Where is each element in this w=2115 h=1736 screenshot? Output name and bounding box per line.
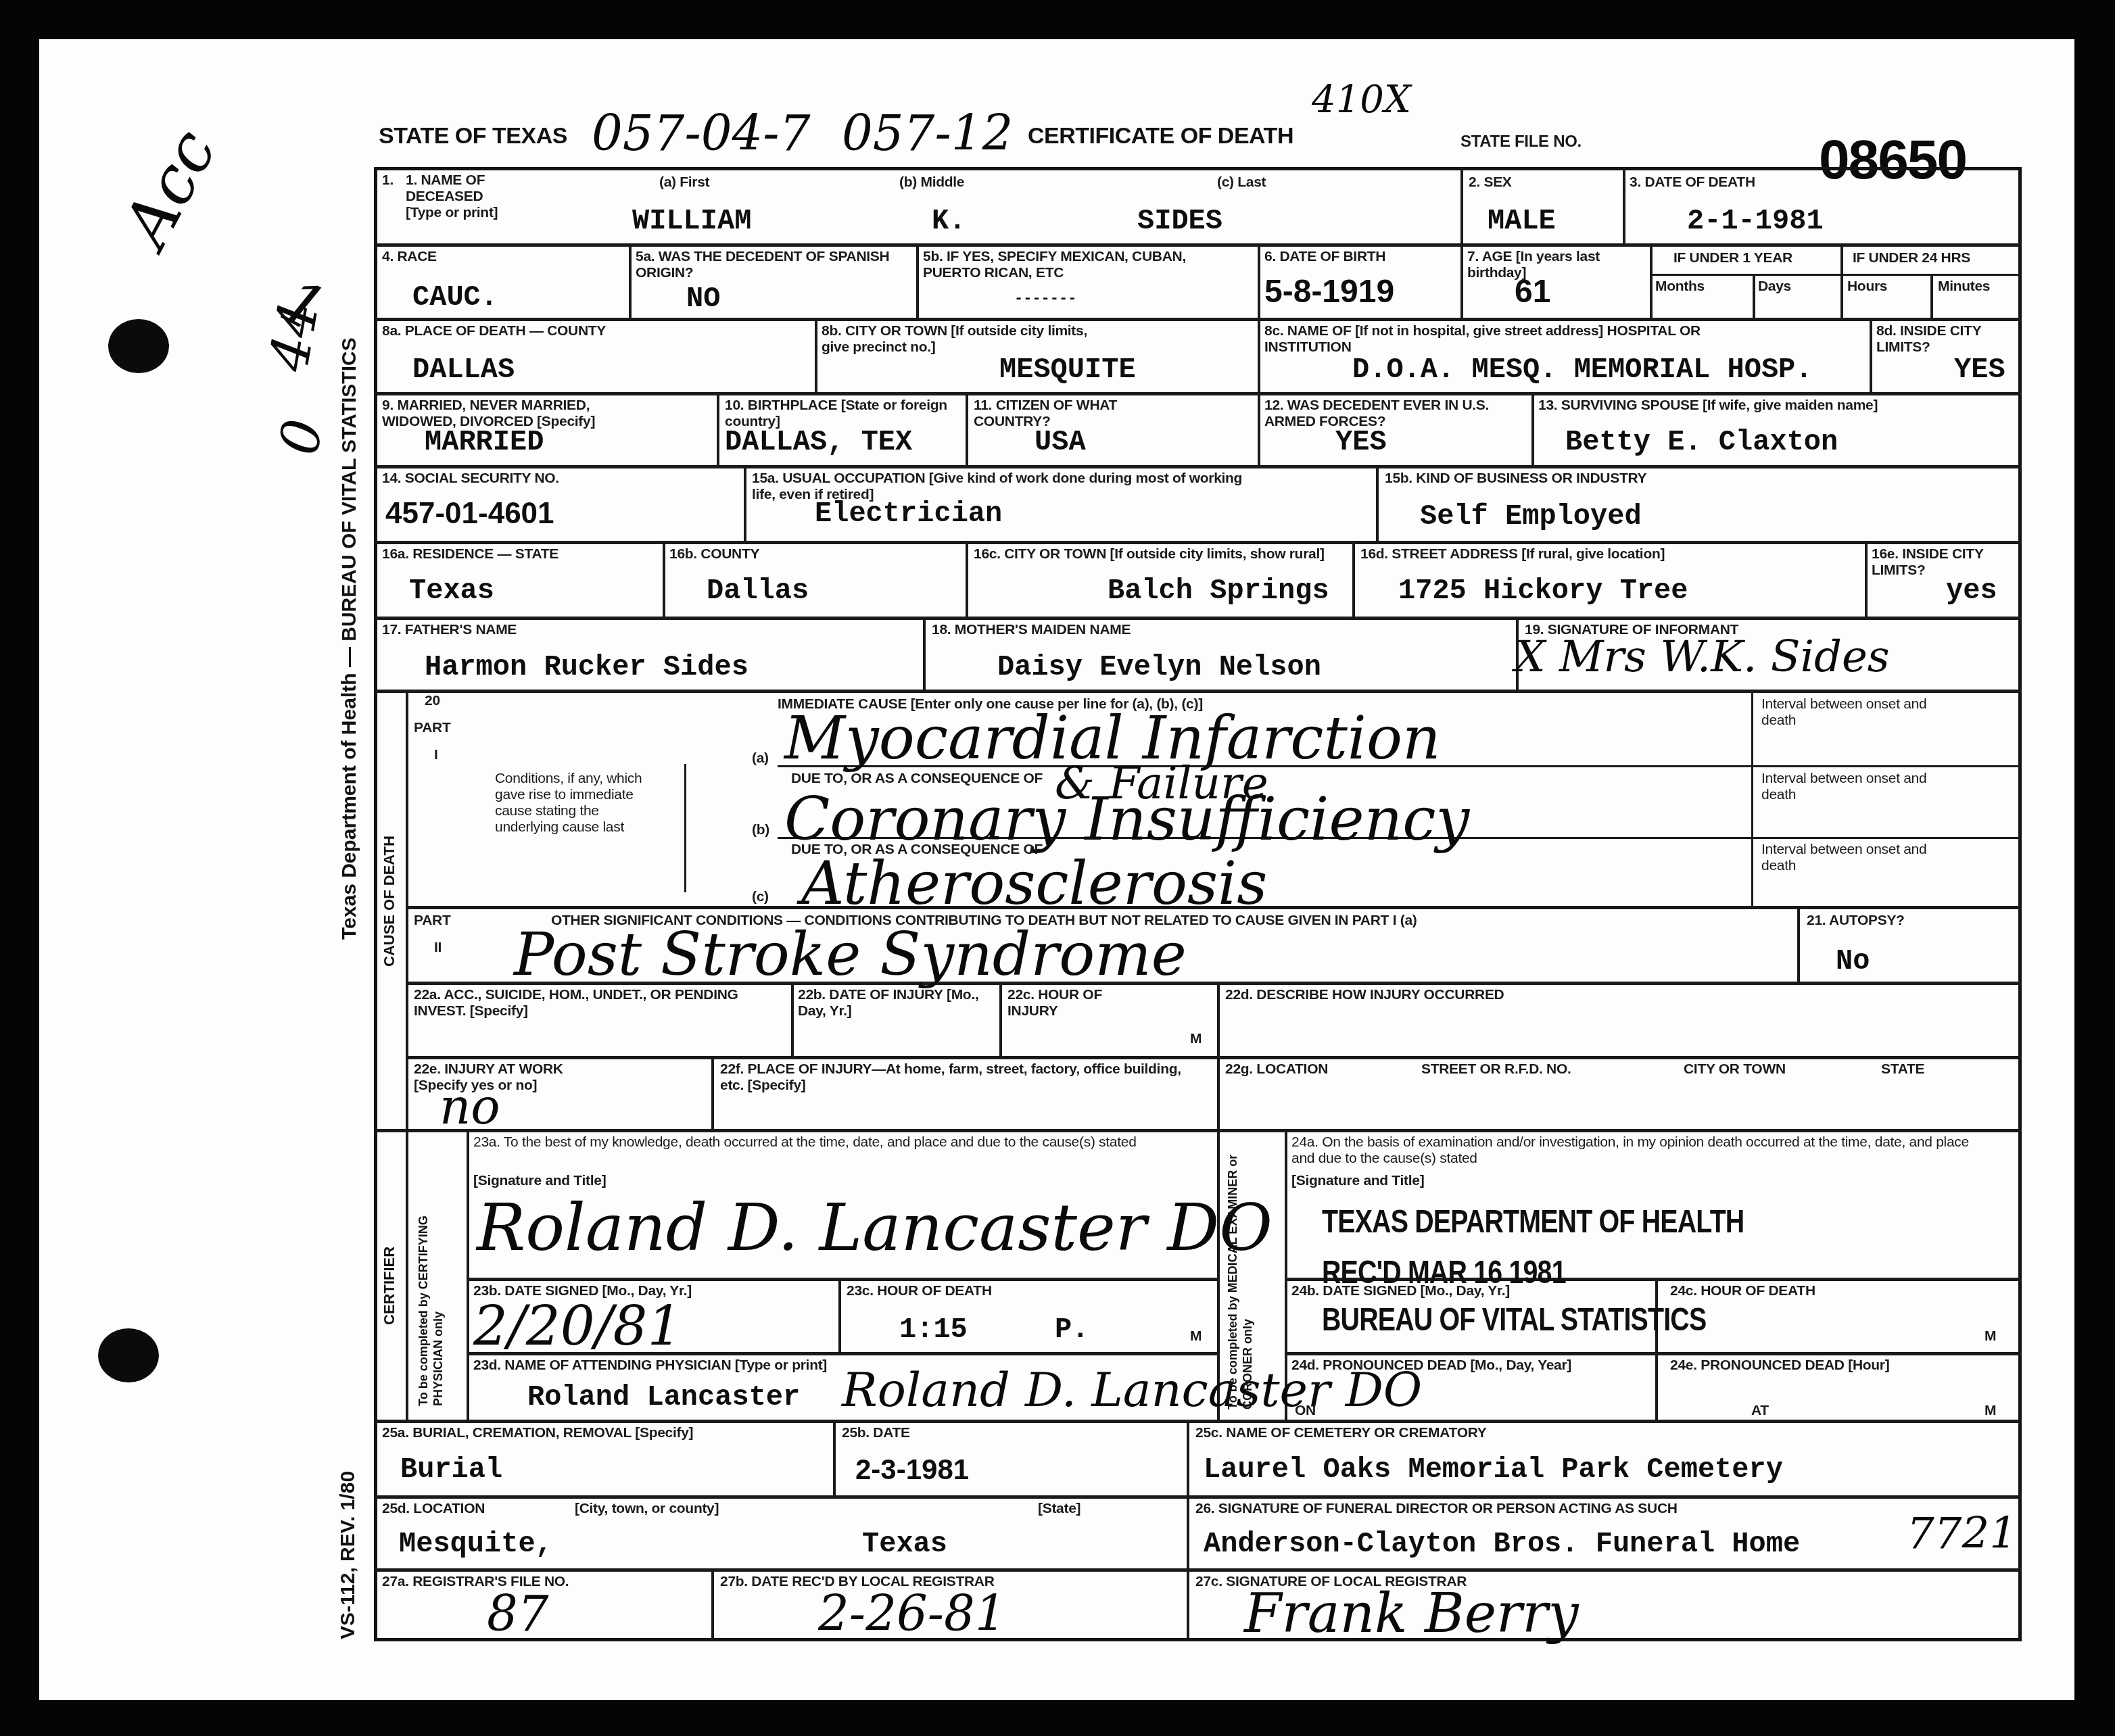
value-last-name[interactable]: SIDES xyxy=(1137,206,1222,236)
value-residence-state[interactable]: Texas xyxy=(409,576,494,606)
rule xyxy=(467,1129,469,1420)
value-date-signed[interactable]: 2/20/81 xyxy=(473,1295,682,1357)
label-me-only: To be completed by MEDICAL EXAMINER or C… xyxy=(1225,1139,1255,1409)
label-middle: (b) Middle xyxy=(899,174,964,191)
header-handwritten-code-2: 057-12 xyxy=(842,105,1013,162)
value-armed-forces[interactable]: YES xyxy=(1335,427,1387,457)
label-8b-city: 8b. CITY OR TOWN [If outside city limits… xyxy=(822,323,1106,356)
label-interval-b: Interval between onset and death xyxy=(1761,771,1964,803)
rule xyxy=(374,1129,2022,1132)
header-handwritten-410x: 410X xyxy=(1312,78,1411,122)
value-physician-signature[interactable]: Roland D. Lancaster DO xyxy=(477,1190,1273,1265)
value-date-of-birth[interactable]: 5-8-1919 xyxy=(1264,277,1394,307)
label-part-1-numeral: I xyxy=(434,747,438,763)
label-8c-hospital: 8c. NAME OF [If not in hospital, give st… xyxy=(1264,323,1738,356)
label-25b-date: 25b. DATE xyxy=(842,1425,910,1441)
label-physician-only: To be completed by CERTIFYING PHYSICIAN … xyxy=(416,1149,446,1406)
label-23a-certification: 23a. To the best of my knowledge, death … xyxy=(473,1134,1210,1151)
rule xyxy=(1531,392,1534,465)
rule xyxy=(374,1568,2022,1572)
label-24e-suffix: M xyxy=(1985,1403,1996,1419)
rule xyxy=(791,982,794,1056)
label-1-name-text: 1. NAME OF DECEASED [Type or print] xyxy=(406,172,507,221)
label-certifier: CERTIFIER xyxy=(381,1247,398,1325)
rule xyxy=(1258,318,1260,392)
rule xyxy=(467,1278,1217,1281)
value-other-conditions[interactable]: Post Stroke Syndrome xyxy=(514,919,1187,989)
value-inside-city[interactable]: YES xyxy=(1954,355,2005,385)
label-16c-city: 16c. CITY OR TOWN [If outside city limit… xyxy=(974,546,1352,562)
value-spouse[interactable]: Betty E. Claxton xyxy=(1565,427,1838,457)
rule xyxy=(374,1420,2022,1423)
value-hospital[interactable]: D.O.A. MESQ. MEMORIAL HOSP. xyxy=(1352,355,1813,385)
label-10-birthplace: 10. BIRTHPLACE [State or foreign country… xyxy=(725,397,961,430)
value-citizen[interactable]: USA xyxy=(1035,427,1086,457)
label-23c-hour-of-death: 23c. HOUR OF DEATH xyxy=(847,1283,992,1299)
value-place-city[interactable]: MESQUITE xyxy=(999,355,1136,385)
rule xyxy=(374,465,2022,468)
rule xyxy=(1376,465,1379,541)
label-months: Months xyxy=(1655,279,1705,295)
form-number: VS-112, REV. 1/80 xyxy=(337,1471,360,1639)
label-last: (c) Last xyxy=(1217,174,1266,191)
label-26-funeral-director: 26. SIGNATURE OF FUNERAL DIRECTOR OR PER… xyxy=(1195,1501,1678,1517)
label-12-armed-forces: 12. WAS DECEDENT EVER IN U.S. ARMED FORC… xyxy=(1264,397,1528,430)
rule xyxy=(374,541,2022,544)
value-middle-name[interactable]: K. xyxy=(932,206,966,236)
rule xyxy=(1753,274,1755,318)
punch-hole-top xyxy=(108,319,169,373)
value-residence-city[interactable]: Balch Springs xyxy=(1108,576,1329,606)
label-minutes: Minutes xyxy=(1938,279,1990,295)
value-burial-city[interactable]: Mesquite, xyxy=(399,1529,552,1559)
label-3-date-of-death: 3. DATE OF DEATH xyxy=(1630,174,1755,191)
interval-line-b xyxy=(1751,837,2022,839)
rule xyxy=(1650,243,1653,318)
label-interval-a: Interval between onset and death xyxy=(1761,696,1964,729)
value-mother[interactable]: Daisy Evelyn Nelson xyxy=(997,652,1321,682)
header-handwritten-code-1: 057-04-7 xyxy=(592,105,811,162)
rule xyxy=(717,392,719,465)
value-attending-name[interactable]: Roland Lancaster xyxy=(527,1382,800,1412)
value-informant-signature[interactable]: X Mrs W.K. Sides xyxy=(1515,632,1890,682)
label-cause-of-death: CAUSE OF DEATH xyxy=(381,836,398,967)
label-4-race: 4. RACE xyxy=(382,249,437,265)
rule xyxy=(374,318,2022,321)
rule xyxy=(999,982,1002,1056)
rule xyxy=(838,1278,841,1352)
value-registrar-signature[interactable]: Frank Berry xyxy=(1244,1582,1579,1645)
rule xyxy=(744,465,746,541)
value-birthplace[interactable]: DALLAS, TEX xyxy=(725,427,912,457)
label-15b-business: 15b. KIND OF BUSINESS OR INDUSTRY xyxy=(1385,471,1646,487)
label-days: Days xyxy=(1758,279,1791,295)
rule xyxy=(1285,1352,2022,1355)
label-9-marital: 9. MARRIED, NEVER MARRIED, WIDOWED, DIVO… xyxy=(382,397,652,430)
label-14-ssn: 14. SOCIAL SECURITY NO. xyxy=(382,471,559,487)
value-residence-inside-city[interactable]: yes xyxy=(1946,576,1997,606)
rule xyxy=(663,541,665,617)
bracket-line xyxy=(684,764,686,892)
interval-line-a xyxy=(1751,765,2022,767)
label-22c-suffix: M xyxy=(1190,1031,1202,1047)
value-burial-state[interactable]: Texas xyxy=(862,1529,947,1559)
label-25c-cemetery: 25c. NAME OF CEMETERY OR CREMATORY xyxy=(1195,1425,1486,1441)
label-part-1: PART xyxy=(414,720,450,736)
rule xyxy=(1870,318,1872,392)
label-18-mother: 18. MOTHER'S MAIDEN NAME xyxy=(932,622,1131,638)
stamp-texas-dept-health: TEXAS DEPARTMENT OF HEALTH xyxy=(1322,1203,1744,1240)
rule xyxy=(1930,274,1933,318)
label-23c-suffix: M xyxy=(1190,1328,1202,1345)
value-marital[interactable]: MARRIED xyxy=(425,427,544,457)
value-cause-c[interactable]: Atherosclerosis xyxy=(801,848,1267,918)
label-16b-county: 16b. COUNTY xyxy=(669,546,759,562)
value-first-name[interactable]: WILLIAM xyxy=(632,206,751,236)
label-24c-suffix: M xyxy=(1985,1328,1996,1345)
label-13-spouse: 13. SURVIVING SPOUSE [If wife, give maid… xyxy=(1538,397,1878,414)
label-17-father: 17. FATHER'S NAME xyxy=(382,622,517,638)
rule xyxy=(923,617,926,690)
label-22c-hour-injury: 22c. HOUR OF INJURY xyxy=(1007,987,1129,1019)
label-6-date-of-birth: 6. DATE OF BIRTH xyxy=(1264,249,1385,265)
rule xyxy=(1840,243,1843,318)
label-7-age: 7. AGE [In years last birthday] xyxy=(1467,249,1643,281)
label-part-2-numeral: II xyxy=(434,940,442,956)
label-2-sex: 2. SEX xyxy=(1469,174,1512,191)
value-disposition-date[interactable]: 2-3-1981 xyxy=(855,1455,969,1485)
margin-handwriting-44: 44 xyxy=(257,297,331,376)
stamp-bureau-vital-stats: BUREAU OF VITAL STATISTICS xyxy=(1322,1301,1706,1339)
label-part-2: PART xyxy=(414,913,450,929)
rule xyxy=(374,617,2022,620)
label-24a-signature: [Signature and Title] xyxy=(1291,1173,1424,1189)
value-disposition[interactable]: Burial xyxy=(400,1455,502,1485)
value-date-received[interactable]: 2-26-81 xyxy=(818,1585,1006,1642)
state-label: STATE OF TEXAS xyxy=(379,123,567,149)
marker-a: (a) xyxy=(752,750,769,767)
label-20: 20 xyxy=(425,693,440,709)
rule xyxy=(1187,1420,1189,1641)
label-23d-attending: 23d. NAME OF ATTENDING PHYSICIAN [Type o… xyxy=(473,1357,827,1374)
label-interval-c: Interval between onset and death xyxy=(1761,842,1964,874)
rule xyxy=(711,1568,714,1641)
certificate-title: CERTIFICATE OF DEATH xyxy=(1028,123,1293,149)
rule xyxy=(374,690,2022,693)
label-24d-on: ON xyxy=(1295,1403,1316,1419)
label-8a-county: 8a. PLACE OF DEATH — COUNTY xyxy=(382,323,606,339)
label-22a-manner: 22a. ACC., SUICIDE, HOM., UNDET., OR PEN… xyxy=(414,987,779,1019)
rule xyxy=(406,1056,2022,1059)
label-16a-residence-state: 16a. RESIDENCE — STATE xyxy=(382,546,559,562)
label-22g-street: STREET OR R.F.D. NO. xyxy=(1421,1061,1571,1078)
value-cemetery[interactable]: Laurel Oaks Memorial Park Cemetery xyxy=(1204,1455,1783,1485)
rule xyxy=(629,243,632,318)
value-residence-county[interactable]: Dallas xyxy=(707,576,809,606)
value-registrar-file-no[interactable]: 87 xyxy=(487,1585,549,1642)
rule xyxy=(374,243,2022,247)
label-22g-location: 22g. LOCATION xyxy=(1225,1061,1328,1078)
value-place-county[interactable]: DALLAS xyxy=(412,355,515,385)
label-first: (a) First xyxy=(659,174,709,191)
label-24b-date-signed: 24b. DATE SIGNED [Mo., Day, Yr.] xyxy=(1291,1283,1510,1299)
label-24e-at: AT xyxy=(1751,1403,1769,1419)
state-file-label: STATE FILE NO. xyxy=(1460,134,1582,150)
rule xyxy=(833,1420,836,1495)
rule xyxy=(1865,541,1868,617)
label-11-citizen: 11. CITIZEN OF WHAT COUNTRY? xyxy=(974,397,1197,430)
value-father[interactable]: Harmon Rucker Sides xyxy=(425,652,748,682)
label-22g-state: STATE xyxy=(1881,1061,1924,1078)
value-hour-of-death[interactable]: 1:15 xyxy=(899,1315,968,1345)
rule xyxy=(966,392,968,465)
rule xyxy=(1258,392,1260,465)
label-22b-date-injury: 22b. DATE OF INJURY [Mo., Day, Yr.] xyxy=(798,987,994,1019)
label-25d-state: [State] xyxy=(1038,1501,1080,1517)
label-1-name: 1. xyxy=(382,172,394,189)
value-spanish-origin[interactable]: NO xyxy=(686,284,720,314)
label-24c-hour-of-death: 24c. HOUR OF DEATH xyxy=(1670,1283,1815,1299)
label-5a-spanish-origin: 5a. WAS THE DECEDENT OF SPANISH ORIGIN? xyxy=(636,249,906,281)
label-25a-disposition: 25a. BURIAL, CREMATION, REMOVAL [Specify… xyxy=(382,1425,693,1441)
value-injury-at-work[interactable]: no xyxy=(439,1078,500,1135)
rule xyxy=(406,690,408,1420)
value-ssn[interactable]: 457-01-4601 xyxy=(385,499,554,529)
label-24a-certification: 24a. On the basis of examination and/or … xyxy=(1291,1134,1995,1167)
margin-agency-text: Texas Department of Health — BUREAU OF V… xyxy=(338,337,361,940)
rule xyxy=(1352,541,1355,617)
rule xyxy=(1258,243,1260,318)
rule xyxy=(916,243,919,318)
rule xyxy=(1460,167,1463,318)
rule xyxy=(1217,982,1220,1129)
value-date-of-death[interactable]: 2-1-1981 xyxy=(1687,206,1824,236)
value-occupation[interactable]: Electrician xyxy=(815,499,1002,529)
label-25d-location: 25d. LOCATION xyxy=(382,1501,485,1517)
value-race[interactable]: CAUC. xyxy=(412,283,498,312)
value-funeral-director-number[interactable]: 7721 xyxy=(1907,1509,2017,1559)
value-sex[interactable]: MALE xyxy=(1488,206,1556,236)
value-hour-ampm[interactable]: P. xyxy=(1055,1315,1089,1345)
label-24d-pronounced-dead: 24d. PRONOUNCED DEAD [Mo., Day, Year] xyxy=(1291,1357,1575,1374)
value-residence-street[interactable]: 1725 Hickory Tree xyxy=(1398,576,1688,606)
rule xyxy=(966,541,968,617)
label-under-24-hrs: IF UNDER 24 HRS xyxy=(1853,250,1970,266)
label-22d-describe: 22d. DESCRIBE HOW INJURY OCCURRED xyxy=(1225,987,1504,1003)
label-16e-inside-city: 16e. INSIDE CITY LIMITS? xyxy=(1872,546,2020,579)
rule xyxy=(1655,1278,1658,1420)
label-22g-city: CITY OR TOWN xyxy=(1684,1061,1786,1078)
value-specify-origin[interactable]: ------- xyxy=(1014,284,1076,314)
value-business[interactable]: Self Employed xyxy=(1420,502,1642,531)
label-25d-city: [City, town, or county] xyxy=(575,1501,719,1517)
label-23a-signature: [Signature and Title] xyxy=(473,1173,606,1189)
label-21-autopsy: 21. AUTOPSY? xyxy=(1807,913,1905,929)
label-conditions-note: Conditions, if any, which gave rise to i… xyxy=(495,771,664,836)
value-age[interactable]: 61 xyxy=(1515,277,1550,307)
label-5b-specify-origin: 5b. IF YES, SPECIFY MEXICAN, CUBAN, PUER… xyxy=(923,249,1220,281)
marker-c: (c) xyxy=(752,889,769,905)
label-under-1-year: IF UNDER 1 YEAR xyxy=(1673,250,1792,266)
label-16d-street: 16d. STREET ADDRESS [If rural, give loca… xyxy=(1360,546,1665,562)
label-hours: Hours xyxy=(1847,279,1887,295)
rule xyxy=(374,392,2022,395)
label-8d-inside-city: 8d. INSIDE CITY LIMITS? xyxy=(1876,323,2018,356)
rule xyxy=(1797,906,1800,982)
rule xyxy=(1751,690,1753,906)
rule xyxy=(815,318,817,392)
rule xyxy=(374,1495,2022,1499)
rule xyxy=(1623,167,1625,243)
marker-b: (b) xyxy=(752,822,769,838)
label-24e-pronounced-hour: 24e. PRONOUNCED DEAD [Hour] xyxy=(1670,1357,1889,1374)
rule xyxy=(711,1056,714,1129)
punch-hole-bottom xyxy=(98,1328,159,1382)
value-autopsy[interactable]: No xyxy=(1836,946,1870,976)
rule xyxy=(1650,274,2022,276)
label-22f-place-injury: 22f. PLACE OF INJURY—At home, farm, stre… xyxy=(720,1061,1207,1094)
value-funeral-home[interactable]: Anderson-Clayton Bros. Funeral Home xyxy=(1204,1529,1800,1559)
